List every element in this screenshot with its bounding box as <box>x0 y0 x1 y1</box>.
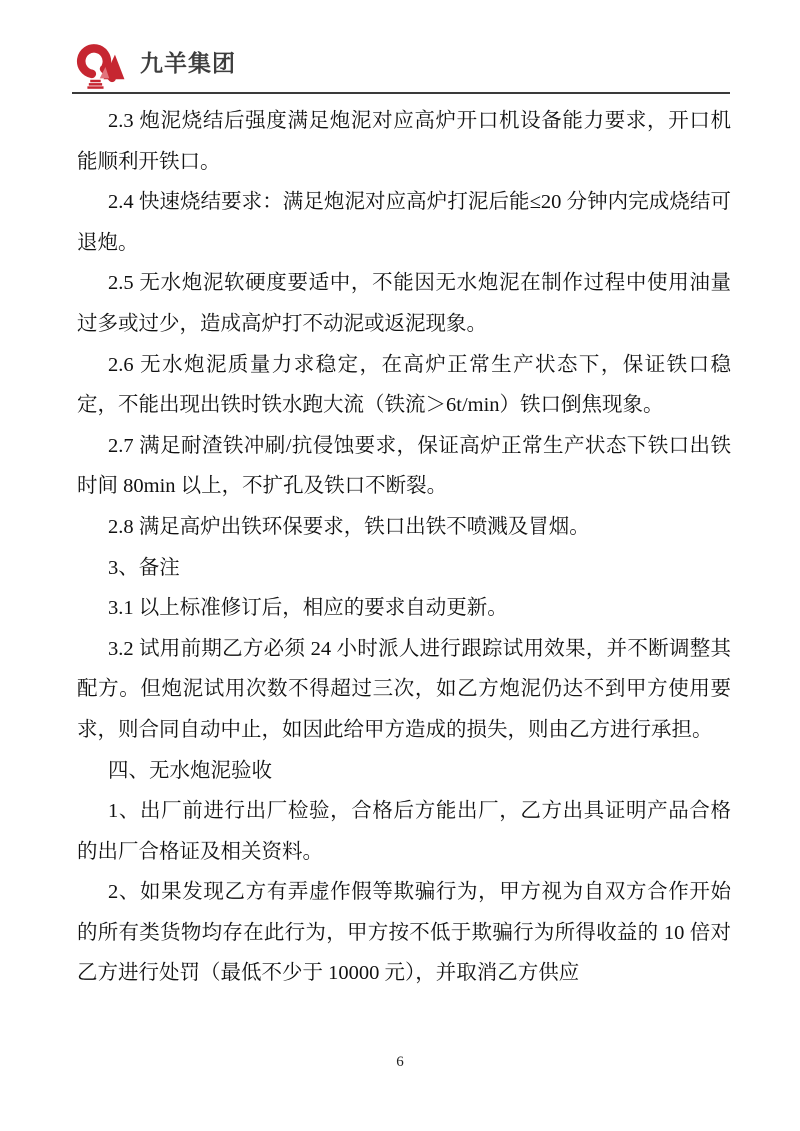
document-page: 九羊集团 2.3 炮泥烧结后强度满足炮泥对应高炉开口机设备能力要求，开口机能顺利… <box>0 0 800 1131</box>
heading-4-acceptance: 四、无水炮泥验收 <box>77 751 731 792</box>
company-name: 九羊集团 <box>140 52 236 81</box>
page-header: 九羊集团 <box>72 40 730 94</box>
paragraph-2-5: 2.5 无水炮泥软硬度要适中，不能因无水炮泥在制作过程中使用油量过多或过少，造成… <box>77 263 731 344</box>
paragraph-2-3: 2.3 炮泥烧结后强度满足炮泥对应高炉开口机设备能力要求，开口机能顺利开铁口。 <box>77 101 731 182</box>
company-logo: 九羊集团 <box>76 43 236 89</box>
paragraph-3-2: 3.2 试用前期乙方必须 24 小时派人进行跟踪试用效果，并不断调整其配方。但炮… <box>77 629 731 751</box>
ram-horn-logo-icon <box>76 43 133 89</box>
paragraph-3-1: 3.1 以上标准修订后，相应的要求自动更新。 <box>77 588 731 629</box>
page-number: 6 <box>396 1054 404 1070</box>
paragraph-2-8: 2.8 满足高炉出铁环保要求，铁口出铁不喷溅及冒烟。 <box>77 507 731 548</box>
paragraph-2-7: 2.7 满足耐渣铁冲刷/抗侵蚀要求，保证高炉正常生产状态下铁口出铁时间 80mi… <box>77 426 731 507</box>
paragraph-2-4: 2.4 快速烧结要求：满足炮泥对应高炉打泥后能≤20 分钟内完成烧结可退炮。 <box>77 182 731 263</box>
heading-3-remarks: 3、备注 <box>77 548 731 589</box>
document-body: 2.3 炮泥烧结后强度满足炮泥对应高炉开口机设备能力要求，开口机能顺利开铁口。 … <box>77 101 731 994</box>
paragraph-4-2: 2、如果发现乙方有弄虚作假等欺骗行为，甲方视为自双方合作开始的所有类货物均存在此… <box>77 872 731 994</box>
paragraph-2-6: 2.6 无水炮泥质量力求稳定，在高炉正常生产状态下，保证铁口稳定，不能出现出铁时… <box>77 345 731 426</box>
page-footer: 6 <box>0 1054 800 1071</box>
paragraph-4-1: 1、出厂前进行出厂检验，合格后方能出厂，乙方出具证明产品合格的出厂合格证及相关资… <box>77 791 731 872</box>
